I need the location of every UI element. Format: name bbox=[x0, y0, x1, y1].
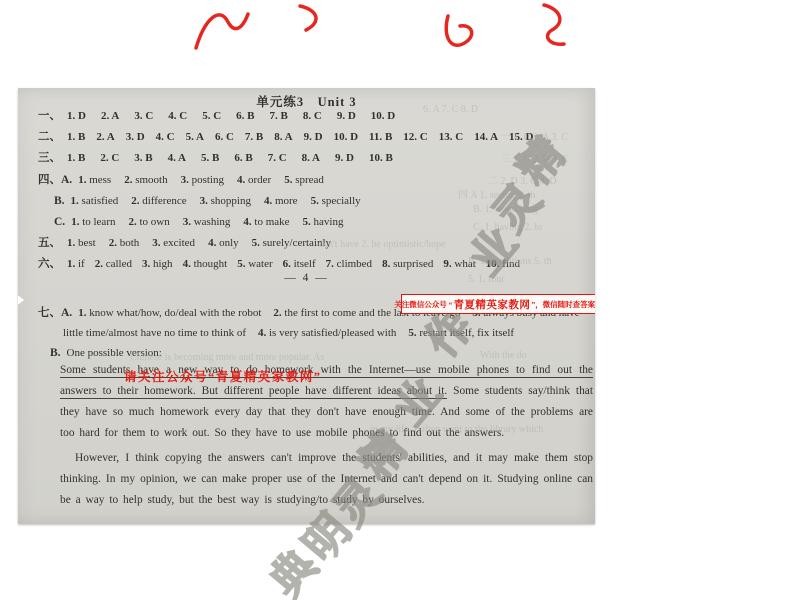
answer-item: 4. is very satisfied/pleased with bbox=[258, 327, 396, 339]
answer-value: C bbox=[145, 110, 153, 122]
answer-value: more bbox=[275, 195, 298, 207]
answer-item: 3. posting bbox=[181, 174, 224, 186]
answer-item: 8. surprised bbox=[382, 258, 433, 270]
answer-number: 2. bbox=[109, 237, 120, 249]
answer-item: 5. water bbox=[237, 258, 272, 270]
answer-number: 2. bbox=[95, 258, 106, 270]
answer-value: A bbox=[107, 131, 115, 143]
answer-number: 14. bbox=[474, 131, 490, 143]
answer-number: 1. bbox=[71, 195, 82, 207]
answer-number: 10. bbox=[371, 110, 388, 122]
answer-value: shopping bbox=[211, 195, 251, 207]
answer-number: 6. bbox=[234, 152, 245, 164]
answer-number: 4. bbox=[208, 237, 219, 249]
answer-number: 5. bbox=[202, 110, 213, 122]
answer-value: C bbox=[226, 131, 234, 143]
answer-number: 2. bbox=[100, 152, 111, 164]
answer-value: A bbox=[111, 110, 119, 122]
answer-number: 5. bbox=[201, 152, 212, 164]
answer-number: 2. bbox=[101, 110, 111, 122]
answer-number: 10. bbox=[334, 131, 351, 143]
page-tear-notch bbox=[18, 292, 24, 308]
answer-value: washing bbox=[194, 216, 231, 228]
answer-number: 1. bbox=[67, 258, 78, 270]
answer-number: 1. bbox=[78, 174, 89, 186]
answer-number: 1. bbox=[67, 237, 78, 249]
answer-value: know what/how, do/deal with the robot bbox=[89, 307, 261, 319]
row-label: B. bbox=[54, 195, 65, 207]
answer-item: 1. D bbox=[67, 110, 86, 122]
answer-number: 3. bbox=[126, 131, 137, 143]
answer-number: 9. bbox=[443, 258, 454, 270]
answer-item: 6. itself bbox=[283, 258, 316, 270]
answer-number: 4. bbox=[237, 174, 248, 186]
row-label: B. bbox=[50, 347, 61, 359]
answer-number: 9. bbox=[335, 152, 346, 164]
answer-value: D bbox=[78, 110, 86, 122]
answer-number: 1. bbox=[67, 131, 78, 143]
answer-item: 5. A bbox=[186, 131, 204, 143]
answer-value: difference bbox=[142, 195, 186, 207]
answer-number: 7. bbox=[326, 258, 337, 270]
answer-number: 1. bbox=[78, 307, 89, 319]
answer-value: C bbox=[111, 152, 119, 164]
answer-number: 2. bbox=[131, 195, 142, 207]
answer-value: if bbox=[78, 258, 85, 270]
answer-value: C bbox=[279, 152, 287, 164]
answer-item: 4. thought bbox=[183, 258, 228, 270]
red-pen-mark-icon bbox=[446, 16, 471, 45]
answer-item: 9. D bbox=[335, 152, 354, 164]
answer-number: 5. bbox=[284, 174, 295, 186]
answer-value: A bbox=[312, 152, 320, 164]
answer-number: 8. bbox=[303, 110, 314, 122]
answer-item: 3. high bbox=[142, 258, 173, 270]
answer-value: high bbox=[153, 258, 173, 270]
answer-value: having bbox=[314, 216, 344, 228]
answer-number: 3. bbox=[152, 237, 163, 249]
wechat-watermark-brand: 青夏精英家教网 bbox=[453, 297, 530, 312]
red-pen-mark-icon bbox=[544, 5, 564, 44]
answer-item: 7. climbed bbox=[326, 258, 372, 270]
answer-value: posting bbox=[192, 174, 224, 186]
answer-item: 3. excited bbox=[152, 237, 195, 249]
answer-number: 5. bbox=[252, 237, 263, 249]
answer-number: 5. bbox=[186, 131, 196, 143]
answer-value: thought bbox=[194, 258, 228, 270]
answer-item: 4. more bbox=[264, 195, 298, 207]
answer-number: 11. bbox=[369, 131, 385, 143]
answer-item: 5. specially bbox=[311, 195, 361, 207]
answer-item: 5. spread bbox=[284, 174, 324, 186]
answer-number: 3. bbox=[142, 258, 153, 270]
answer-value: surprised bbox=[393, 258, 433, 270]
answer-number: 4. bbox=[264, 195, 275, 207]
answer-item: 4. A bbox=[168, 152, 186, 164]
answer-item: 13. C bbox=[439, 131, 463, 143]
answer-value: C bbox=[179, 110, 187, 122]
answer-item: 11. B bbox=[369, 131, 392, 143]
answer-number: 8. bbox=[382, 258, 393, 270]
wechat-watermark-box: 关注微信公众号 “青夏精英家教网”，微信随时查答案。 bbox=[401, 294, 595, 314]
answer-number: 2. bbox=[273, 307, 284, 319]
answer-value: D bbox=[137, 131, 145, 143]
answer-item: 6. B bbox=[236, 110, 254, 122]
answer-value: spread bbox=[295, 174, 324, 186]
wechat-watermark-inline: 请关注公众号“青夏精英家教网” bbox=[124, 367, 322, 385]
answer-number: 5. bbox=[311, 195, 322, 207]
answer-number: 7. bbox=[268, 152, 279, 164]
answer-item: 10. B bbox=[369, 152, 393, 164]
answer-value: specially bbox=[322, 195, 361, 207]
answer-item: 3. B bbox=[134, 152, 152, 164]
answer-value: D bbox=[348, 110, 356, 122]
answer-number: 12. bbox=[403, 131, 420, 143]
answer-number: 4. bbox=[156, 131, 167, 143]
answer-value: C bbox=[213, 110, 221, 122]
answer-item: 10. D bbox=[371, 110, 395, 122]
answer-item: 7. B bbox=[270, 110, 288, 122]
answer-value: C bbox=[455, 131, 463, 143]
answer-item: 3. shopping bbox=[200, 195, 251, 207]
answer-item: 4. order bbox=[237, 174, 271, 186]
answer-item: 4. C bbox=[168, 110, 187, 122]
red-pen-mark-icon bbox=[300, 6, 316, 30]
bleedthrough-text: in my life. I often went to the library … bbox=[370, 424, 543, 435]
answer-item: 1. if bbox=[67, 258, 85, 270]
answer-item: 8. C bbox=[303, 110, 322, 122]
answer-number: 7. bbox=[245, 131, 256, 143]
answer-value: B bbox=[78, 152, 85, 164]
answer-item: 2. smooth bbox=[124, 174, 167, 186]
bleedthrough-text: 6. A 7. C 8. D bbox=[423, 104, 478, 115]
answer-item: 5. having bbox=[303, 216, 344, 228]
answer-value: called bbox=[106, 258, 132, 270]
answer-item: 1. B bbox=[67, 152, 85, 164]
row-label: C. bbox=[54, 216, 65, 228]
answer-number: 6. bbox=[236, 110, 247, 122]
answer-value: mess bbox=[89, 174, 111, 186]
answer-item: 2. A bbox=[101, 110, 119, 122]
answer-value: to make bbox=[254, 216, 289, 228]
answer-item: 12. C bbox=[403, 131, 427, 143]
answer-value: A bbox=[196, 131, 204, 143]
row-label: 三、 bbox=[38, 152, 61, 164]
answer-number: 5. bbox=[237, 258, 248, 270]
answer-item: 6. B bbox=[234, 152, 252, 164]
answer-value: satisfied bbox=[82, 195, 119, 207]
row-label: 二、 bbox=[38, 131, 61, 143]
row-label: 四、A. bbox=[38, 174, 72, 186]
red-pen-marks bbox=[0, 0, 800, 70]
answer-item: 2. A bbox=[96, 131, 114, 143]
answer-number: 2. bbox=[128, 216, 139, 228]
answer-value: C bbox=[167, 131, 175, 143]
answer-number: 10. bbox=[369, 152, 386, 164]
answer-value: best bbox=[78, 237, 96, 249]
answer-number: 8. bbox=[274, 131, 284, 143]
answer-item: 3. D bbox=[126, 131, 145, 143]
answer-value: A bbox=[178, 152, 186, 164]
answer-item: 1. B bbox=[67, 131, 85, 143]
answer-item: 7. C bbox=[268, 152, 287, 164]
answer-value: climbed bbox=[337, 258, 372, 270]
answer-number: 3. bbox=[200, 195, 211, 207]
answer-value: smooth bbox=[135, 174, 167, 186]
screenshot-canvas: 单元练3 Unit 3 一、1. D2. A3. C4. C5. C6. B7.… bbox=[0, 0, 800, 600]
answer-number: 3. bbox=[134, 110, 145, 122]
answer-number: 9. bbox=[337, 110, 348, 122]
answer-item: 2. C bbox=[100, 152, 119, 164]
answer-number: 3. bbox=[181, 174, 192, 186]
answer-value: B bbox=[78, 131, 85, 143]
row-label: 六、 bbox=[38, 258, 61, 270]
answer-item: 2. called bbox=[95, 258, 132, 270]
row-label: 一、 bbox=[38, 110, 61, 122]
answer-item: little time/almost have no time to think… bbox=[63, 327, 246, 339]
answer-number: 4. bbox=[258, 327, 269, 339]
answer-number: 3. bbox=[183, 216, 194, 228]
answer-item: 14. A bbox=[474, 131, 498, 143]
answer-value: is very satisfied/pleased with bbox=[269, 327, 396, 339]
answer-number: 6. bbox=[215, 131, 226, 143]
answer-number: 13. bbox=[439, 131, 456, 143]
answer-item: 8. A bbox=[274, 131, 292, 143]
bleedthrough-text: With the do bbox=[480, 350, 527, 361]
answer-number: 3. bbox=[134, 152, 145, 164]
answer-number: 4. bbox=[168, 152, 178, 164]
answer-value: only bbox=[219, 237, 239, 249]
wechat-watermark-prefix: 关注微信公众号 “ bbox=[394, 299, 452, 310]
answer-value: order bbox=[248, 174, 271, 186]
answer-value: B bbox=[385, 152, 392, 164]
answer-value: D bbox=[387, 110, 395, 122]
answer-item: 4. only bbox=[208, 237, 239, 249]
answer-number: 1. bbox=[71, 216, 82, 228]
answer-value: B bbox=[281, 110, 288, 122]
answer-value: to own bbox=[139, 216, 169, 228]
answer-number: 8. bbox=[302, 152, 312, 164]
answer-row: little time/almost have no time to think… bbox=[38, 324, 591, 344]
answer-item: 9. D bbox=[304, 131, 323, 143]
answer-value: excited bbox=[163, 237, 195, 249]
answer-item: 1. best bbox=[67, 237, 96, 249]
row-label: 七、A. bbox=[38, 307, 72, 319]
answer-item: 3. washing bbox=[183, 216, 231, 228]
answer-value: both bbox=[120, 237, 140, 249]
row-label: 五、 bbox=[38, 237, 61, 249]
answer-value: B bbox=[385, 131, 392, 143]
answer-value: B bbox=[245, 152, 252, 164]
answer-value: D bbox=[350, 131, 358, 143]
answer-item: 9. D bbox=[337, 110, 356, 122]
answer-item: 4. C bbox=[156, 131, 175, 143]
answer-value: to learn bbox=[82, 216, 115, 228]
answer-value: B bbox=[145, 152, 152, 164]
answer-item: 4. to make bbox=[243, 216, 289, 228]
answer-value: B bbox=[247, 110, 254, 122]
answer-item: 2. both bbox=[109, 237, 140, 249]
answer-item: 1. to learn bbox=[71, 216, 115, 228]
answer-number: 4. bbox=[168, 110, 179, 122]
answer-value: itself bbox=[294, 258, 316, 270]
answer-value: B bbox=[256, 131, 263, 143]
answer-number: 4. bbox=[183, 258, 194, 270]
wechat-watermark-suffix: ”，微信随时查答案。 bbox=[531, 299, 595, 310]
answer-number: 6. bbox=[283, 258, 294, 270]
answer-row: 一、1. D2. A3. C4. C5. C6. B7. B8. C9. D10… bbox=[38, 106, 591, 127]
answer-number: 9. bbox=[304, 131, 315, 143]
answer-item: 8. A bbox=[302, 152, 320, 164]
page-number: — 4 — bbox=[18, 272, 595, 284]
answer-item: 7. B bbox=[245, 131, 263, 143]
answer-number: 2. bbox=[124, 174, 135, 186]
answer-number: 5. bbox=[303, 216, 314, 228]
answer-value: water bbox=[248, 258, 272, 270]
red-pen-mark-icon bbox=[196, 14, 248, 48]
answer-value: B bbox=[212, 152, 219, 164]
answer-item: 2. to own bbox=[128, 216, 169, 228]
answer-number: 2. bbox=[96, 131, 106, 143]
answer-item: 1. know what/how, do/deal with the robot bbox=[78, 307, 261, 319]
answer-item: 5. C bbox=[202, 110, 221, 122]
answer-value: A bbox=[490, 131, 498, 143]
answer-item: 2. difference bbox=[131, 195, 186, 207]
answer-number: 7. bbox=[270, 110, 281, 122]
scanned-page: 单元练3 Unit 3 一、1. D2. A3. C4. C5. C6. B7.… bbox=[18, 88, 595, 524]
answer-number: 1. bbox=[67, 152, 78, 164]
bleedthrough-text: don't have 2. be optimistic/hope bbox=[318, 239, 446, 250]
answer-item: 10. D bbox=[334, 131, 358, 143]
answer-value: C bbox=[314, 110, 322, 122]
answer-item: 3. C bbox=[134, 110, 153, 122]
answer-value: little time/almost have no time to think… bbox=[63, 327, 246, 339]
answer-value: A bbox=[285, 131, 293, 143]
answer-number: 4. bbox=[243, 216, 254, 228]
answer-item: 5. B bbox=[201, 152, 219, 164]
bleedthrough-text: Chinese is becoming more and more popula… bbox=[130, 352, 324, 363]
answer-item: 1. mess bbox=[78, 174, 111, 186]
answer-item: 6. C bbox=[215, 131, 234, 143]
answer-item: 1. satisfied bbox=[71, 195, 119, 207]
answer-value: D bbox=[346, 152, 354, 164]
answer-value: D bbox=[315, 131, 323, 143]
answer-value: C bbox=[420, 131, 428, 143]
answer-number: 1. bbox=[67, 110, 78, 122]
